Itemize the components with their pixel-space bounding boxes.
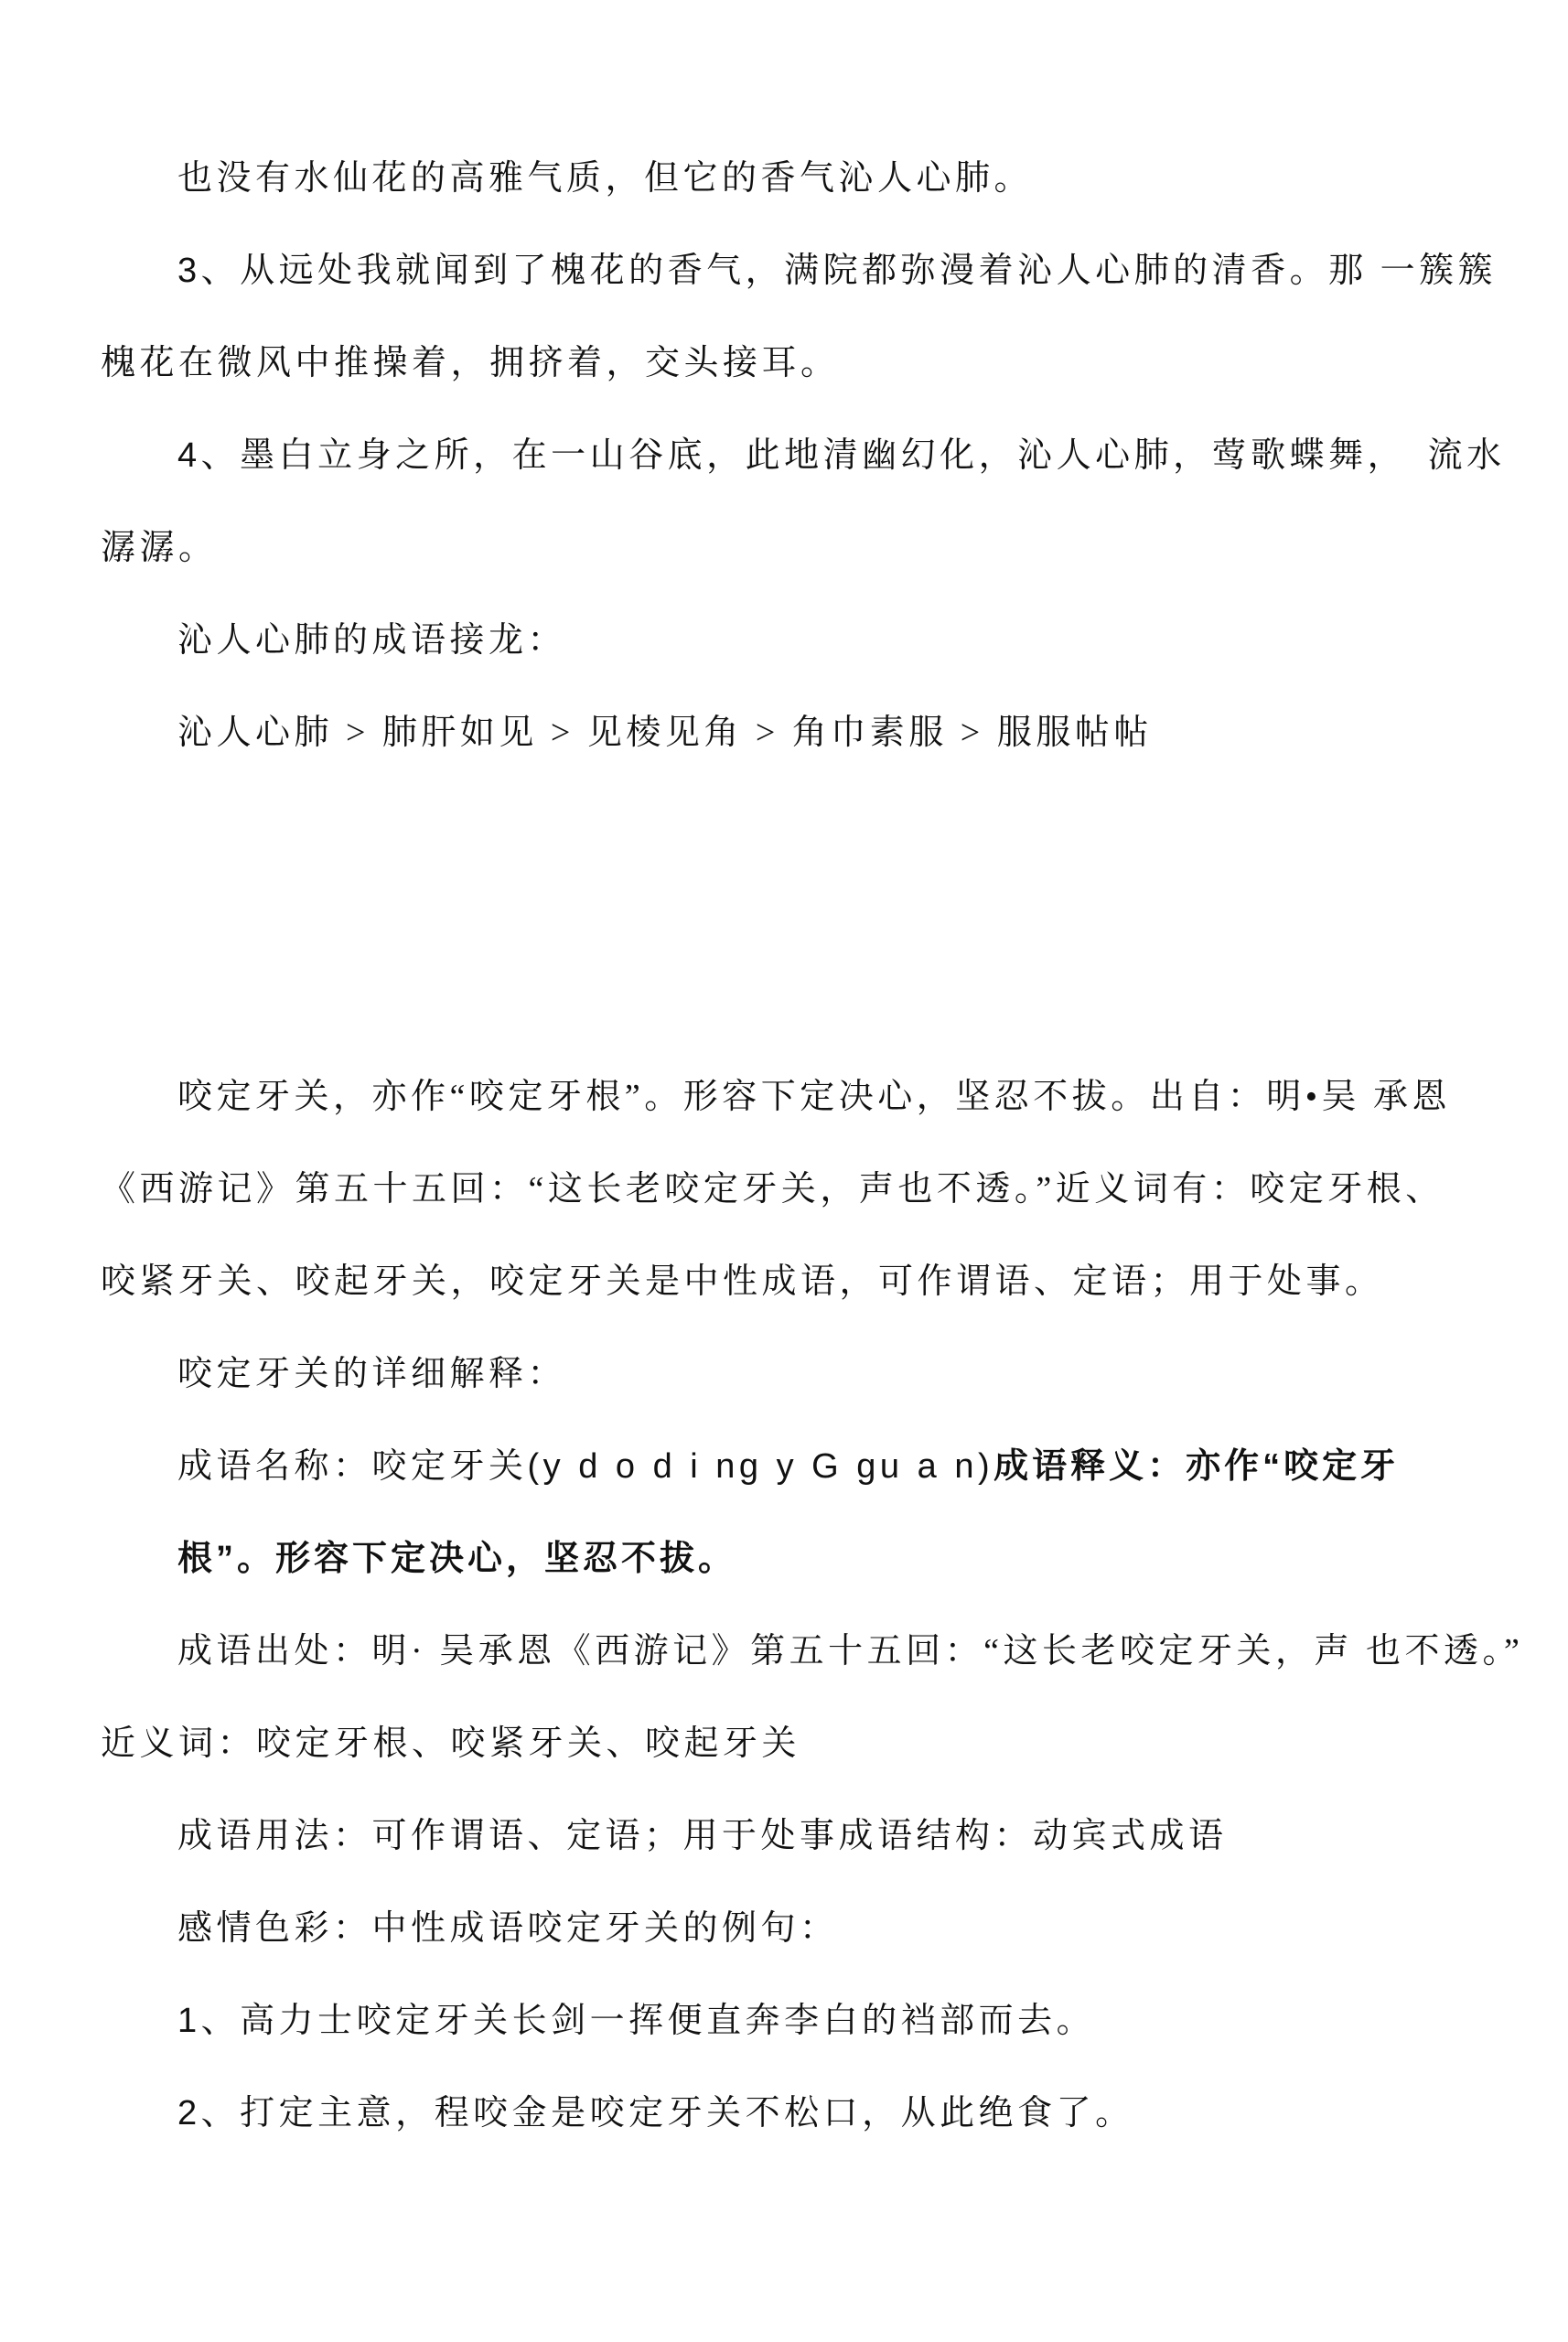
text-segment: 沁人心肺 > 肺肝如见 > 见棱见角 > 角巾素服 > 服服帖帖 [177, 714, 1153, 752]
text-segment-latin: 3 [177, 252, 201, 290]
text-line: 咬定牙关，亦作“咬定牙根”。形容下定决心，坚忍不拔。出自：明•吴 承恩 [101, 1051, 1513, 1144]
text-segment: 槐花在微风中推操着，拥挤着，交头接耳。 [101, 344, 840, 382]
text-segment-bold: 成语释义：亦作“咬定牙 [993, 1447, 1399, 1486]
document-page: 也没有水仙花的高雅气质，但它的香气沁人心肺。3、从远处我就闻到了槐花的香气，满院… [0, 0, 1568, 2342]
text-segment: 咬定牙关，亦作“咬定牙根”。形容下定决心，坚忍不拔。出自：明•吴 承恩 [177, 1078, 1451, 1116]
text-segment: 潺潺。 [101, 529, 218, 567]
text-segment: 也没有水仙花的高雅气质，但它的香气沁人心肺。 [177, 159, 1033, 198]
text-line: 感情色彩：中性成语咬定牙关的例句： [101, 1883, 1513, 1975]
text-segment-latin: 4 [177, 436, 201, 475]
text-line: 近义词：咬定牙根、咬紧牙关、咬起牙关 [101, 1698, 1513, 1790]
text-segment-latin: (y d o d i ng y G gu a n) [528, 1447, 994, 1486]
text-segment: 近义词：咬定牙根、咬紧牙关、咬起牙关 [101, 1724, 800, 1763]
text-line: 沁人心肺 > 肺肝如见 > 见棱见角 > 角巾素服 > 服服帖帖 [101, 687, 1513, 779]
text-line: 1、高力士咬定牙关长剑一挥便直奔李白的裆部而去。 [101, 1975, 1513, 2068]
text-line: 沁人心肺的成语接龙： [101, 595, 1513, 687]
text-segment: 成语名称：咬定牙关 [177, 1447, 528, 1486]
text-line: 也没有水仙花的高雅气质，但它的香气沁人心肺。 [101, 133, 1513, 225]
text-line: 咬紧牙关、咬起牙关，咬定牙关是中性成语，可作谓语、定语；用于处事。 [101, 1236, 1513, 1328]
text-segment: 《西游记》第五十五回：“这长老咬定牙关，声也不透。”近义词有：咬定牙根、 [101, 1170, 1444, 1209]
text-segment: 成语出处：明· 吴承恩《西游记》第五十五回：“这长老咬定牙关，声 也不透。” [177, 1632, 1523, 1671]
text-segment: 成语用法：可作谓语、定语；用于处事成语结构：动宾式成语 [177, 1817, 1228, 1855]
text-segment: 感情色彩：中性成语咬定牙关的例句： [177, 1909, 839, 1948]
text-line: 4、墨白立身之所，在一山谷底，此地清幽幻化，沁人心肺，莺歌蝶舞， 流水 [101, 410, 1513, 502]
text-line: 根”。形容下定决心，坚忍不拔。 [101, 1513, 1513, 1606]
text-line: 《西游记》第五十五回：“这长老咬定牙关，声也不透。”近义词有：咬定牙根、 [101, 1144, 1513, 1236]
text-segment: 沁人心肺的成语接龙： [177, 621, 566, 660]
text-line: 咬定牙关的详细解释： [101, 1328, 1513, 1421]
text-line: 潺潺。 [101, 502, 1513, 595]
text-segment-latin: 1 [177, 2002, 201, 2040]
text-segment: 、高力士咬定牙关长剑一挥便直奔李白的裆部而去。 [201, 2002, 1096, 2040]
paragraph-gap [101, 779, 1513, 1051]
text-line: 成语用法：可作谓语、定语；用于处事成语结构：动宾式成语 [101, 1790, 1513, 1883]
text-segment: 咬紧牙关、咬起牙关，咬定牙关是中性成语，可作谓语、定语；用于处事。 [101, 1262, 1384, 1301]
text-segment: 咬定牙关的详细解释： [177, 1355, 566, 1393]
text-line: 槐花在微风中推操着，拥挤着，交头接耳。 [101, 317, 1513, 410]
text-line: 成语名称：咬定牙关(y d o d i ng y G gu a n)成语释义：亦… [101, 1421, 1513, 1513]
text-segment-latin: 2 [177, 2094, 201, 2133]
text-line: 2、打定主意，程咬金是咬定牙关不松口，从此绝食了。 [101, 2068, 1513, 2160]
text-line: 成语出处：明· 吴承恩《西游记》第五十五回：“这长老咬定牙关，声 也不透。” [101, 1606, 1513, 1698]
text-line: 3、从远处我就闻到了槐花的香气，满院都弥漫着沁人心肺的清香。那 一簇簇 [101, 225, 1513, 317]
text-segment: 、墨白立身之所，在一山谷底，此地清幽幻化，沁人心肺，莺歌蝶舞， 流水 [201, 436, 1506, 475]
text-segment-bold: 根”。形容下定决心，坚忍不拔。 [177, 1540, 736, 1578]
text-segment: 、打定主意，程咬金是咬定牙关不松口，从此绝食了。 [201, 2094, 1134, 2133]
text-segment: 、从远处我就闻到了槐花的香气，满院都弥漫着沁人心肺的清香。那 一簇簇 [201, 252, 1498, 290]
